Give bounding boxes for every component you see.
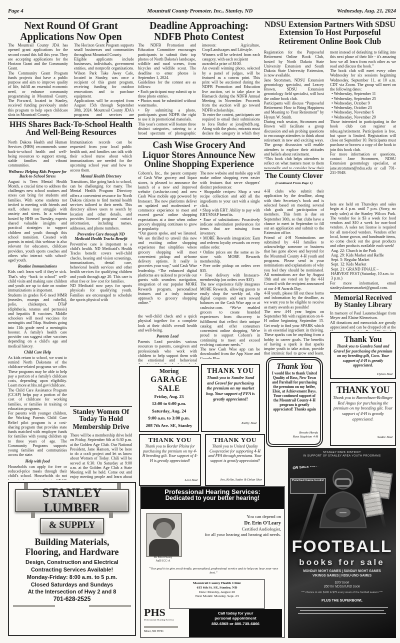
ndsu-col2b: Those interested in participating in the…: [330, 119, 396, 175]
masthead: Mountrail County Promoter, Inc., Stanley…: [100, 8, 300, 16]
ad-thankyou-united-script: Thank You I would like to thank United Q…: [266, 357, 323, 447]
article-ndfb-headline: Deadline Approaching: NDFB Photo Contest: [138, 22, 260, 43]
thankyou-signature: Lexi Skar: [142, 478, 198, 482]
article-ndsu-col1: Registration for the Purposeful Retireme…: [264, 50, 324, 169]
article-memorial-headline: Memorial Received By Stanley Library: [330, 295, 396, 310]
hhs-subhead: Wellness: Helping Kids Prepare for Back-…: [8, 169, 67, 178]
clover-p: For more information, email stanleysfarm…: [330, 281, 396, 290]
thankyou-body: Thank you to Border Plains for purchasin…: [142, 444, 198, 463]
thankyou-title: THANK YOU: [142, 437, 198, 444]
article-cashwise-col1: Coborn's, Inc., the parent company of Ca…: [138, 171, 197, 312]
article-ndfb-body: The NDFB Promotion and Education Committ…: [138, 43, 260, 136]
article-hhs-col2: Immunization records can be requested fr…: [70, 140, 132, 404]
sign-post: [109, 512, 113, 518]
football-fine-print: [298, 613, 387, 614]
ad-football-books: STANLEY PARK DISTRICT IN SUPPORT OF STAN…: [288, 448, 396, 638]
hhs-p: Parents Lead provides various resources …: [138, 340, 197, 364]
hhs-subhead: Help with food: [8, 459, 67, 464]
lumber-line: Closed Saturdays and Sundays: [9, 581, 135, 588]
article-hhs-headline: HHS Shares Back-To-School Health And Wel…: [8, 121, 134, 138]
hearing-cta-box: Call today for your personal appointment…: [189, 609, 282, 637]
lumber-line: At the Intersection of Hwy 2 and 8: [9, 589, 135, 596]
hearing-clinic-box: Mountrail County Health Clinic 615 6th S…: [169, 579, 265, 609]
hhs-p: the well-child check and a quick physica…: [138, 314, 197, 333]
thankyou-body: Thank you to Barenthsen-Bollinger Red An…: [333, 395, 393, 422]
article-memorial-body: In memory of Paul Lautenschlager from Me…: [330, 311, 396, 331]
article-clover-col2: kets are held on Thursdays and sales beg…: [330, 202, 396, 290]
garage-fine-print: [146, 431, 192, 433]
football-promo: *** chance to win $100 & $75 every week …: [288, 591, 396, 594]
newspaper-page: Page 4 Mountrail County Promoter, Inc., …: [0, 0, 400, 643]
thankyou-title: Thank You: [271, 362, 318, 371]
phs-logo: PHS Professional Hearing Services Minot,…: [144, 607, 186, 635]
hhs-subhead: Mental Health Directory: [70, 174, 132, 179]
header-rule: [8, 18, 396, 19]
article-ndsu-col2: ment instead of defaulting to falling in…: [330, 50, 396, 200]
football-fine-print: [300, 610, 384, 611]
hhs-p: Immunization records can be requested fr…: [70, 140, 132, 172]
clover-p: 4-H clubs who submit their application b…: [264, 189, 324, 355]
audiologist-photo: [146, 513, 182, 557]
article-hhs-col1: North Dakota Health and Human Services (…: [8, 140, 67, 480]
clinic-next-date: Next Month: Monday, Sept. 23: [171, 594, 263, 598]
garage-line: Friday, Aug. 23: [142, 393, 196, 400]
hhs-subhead: Child Care Help: [8, 350, 67, 355]
hhs-rule: [8, 118, 134, 119]
lumber-line: Design, Construction and Electrical: [9, 559, 135, 566]
article-grant-body: The Mountrail County JDA has opened gran…: [8, 43, 134, 119]
sign-post: [31, 512, 35, 518]
lumber-line: Building Materials,: [9, 537, 135, 547]
clover-schedule-list: Aug. 22: Church in the Park Aug. 29: Kid…: [330, 248, 396, 280]
article-women-body: There will be a membership drive held on…: [70, 433, 132, 480]
lumber-license: [89, 605, 131, 607]
ad-garage-sale: Moring GARAGE SALE Friday, Aug. 23 12:00…: [139, 366, 199, 432]
hhs-p: Preventive care is important to a child'…: [70, 242, 132, 302]
article-grant-headline: Next Round Of Grant Applications Now Ope…: [8, 22, 134, 43]
thankyou-title: Thank You: [333, 335, 393, 344]
lumber-sign-supply: & SUPPLY: [40, 518, 104, 534]
garage-address: 208 7th Ave. SE, Stanley: [142, 422, 196, 429]
thankyou-body: Thank you to Sundre Sand and Gravel for …: [204, 375, 257, 402]
football-title: FOOTBALL: [288, 537, 396, 557]
ndsu-dates-list: • Wednesday, September 11 • Wednesday, S…: [330, 92, 396, 120]
lumber-line: Monday-Friday: 8:00 a.m. to 5 p.m.: [9, 574, 135, 581]
hearing-phone: 852-6565 or 800-735-6866: [189, 621, 282, 626]
phs-logo-address: Minot, ND 58701: [144, 630, 186, 633]
hhs-p: Transitions, like going back to school, …: [70, 179, 132, 230]
football-top-line: IN SUPPORT OF STANLEY AREA YOUTH PROGRAM…: [288, 455, 396, 459]
thankyou-title: THANK YOU: [208, 437, 262, 444]
thankyou-body: Thank you to United Quality Cooperative …: [208, 444, 262, 463]
memorial-rule: [330, 292, 396, 293]
article-clover-col1: 4-H clubs who submit their application b…: [264, 189, 324, 355]
garage-line: Saturday, Aug. 24: [142, 407, 196, 414]
hhs-p: As kids return to school, we want to rem…: [8, 355, 67, 457]
thankyou-signature: Jon, Kelby, Sadee & Dylan Skar: [208, 478, 262, 482]
page-date: Wednesday, Aug. 21, 2024: [296, 8, 396, 16]
football-subtitle: books for sale: [288, 557, 396, 567]
football-player-graphic: [314, 464, 372, 538]
ad-thankyou-sundre: THANK YOU Thank you to Sundre Sand and G…: [201, 364, 260, 432]
ad-thankyou-border-plains: THANK YOU Thank you to Border Plains for…: [139, 434, 201, 486]
football-superbowl: PLUS THE SUPERBOWL: [288, 599, 396, 603]
hhs-p: August is Teen Mental Health Month, a cr…: [8, 179, 67, 262]
photo-face: [156, 522, 172, 538]
thankyou-body: I would like to thank United Quality of …: [271, 371, 318, 412]
garage-title: GARAGE SALE: [142, 375, 196, 393]
article-cashwise-col2: The new website and mobile app will make…: [200, 171, 260, 359]
ad-thankyou-barenthsen: THANK YOU Thank you to Barenthsen-Bollin…: [330, 382, 396, 446]
clover-p: kets are held on Thursdays and sales beg…: [330, 202, 396, 248]
hearing-header-1: Professional Hearing Services:: [141, 489, 284, 496]
garage-line: 9:00 a.m. to 3:00 p.m.: [142, 415, 196, 422]
article-ndsu-headline: NDSU Extension Partners With SDSU Extens…: [264, 21, 396, 46]
thankyou-signature: Dylan Skar: [333, 372, 393, 376]
lumber-license: [13, 605, 55, 607]
lumber-line: Contracting Services Available!: [9, 566, 135, 573]
hhs-p: Households can apply for free or reduced…: [8, 464, 67, 480]
hhs-subhead: Preventive Care through ND Medicaid Heal…: [70, 232, 132, 241]
photo-shoulders: [149, 539, 179, 557]
article-hhs-col3-jump: the well-child check and a quick physica…: [138, 314, 197, 364]
hhs-subhead: Parents Lead: [138, 334, 197, 339]
article-cashwise-headline: Cash Wise Grocery And Liquor Stores Anno…: [138, 141, 260, 170]
hhs-subhead: Routine Immunizations: [8, 264, 67, 269]
thankyou-signature: Ross Stapleton 4-H: [271, 435, 318, 439]
ndsu-col2a: ment instead of defaulting to falling in…: [330, 50, 396, 92]
hhs-p: North Dakota Health and Human Services (…: [8, 140, 67, 168]
women-rule: [70, 406, 132, 407]
ad-thankyou-gundra: Thank You Thank you to Gundra Sand and G…: [330, 332, 396, 379]
phs-logo-sub: Professional Hearing Services: [144, 619, 186, 622]
hhs-p: Kids can't learn well if they're sick. T…: [8, 270, 67, 349]
photo-caption: Dr. Erin O'Leary AuD/CCC-A: [143, 556, 183, 566]
ad-thankyou-united-coop: THANK YOU Thank you to United Quality Co…: [205, 434, 265, 486]
ad-hearing-services: Professional Hearing Services: Dedicated…: [140, 486, 285, 638]
hearing-quote: “Our goal is to give you friendly, perso…: [145, 567, 282, 577]
thankyou-body: Thank you to Gundra Sand and Gravel for …: [333, 344, 393, 368]
lumber-line: Flooring, and Hardware: [9, 547, 135, 557]
garage-line: 12:00 to 6:00 p.m.: [142, 400, 196, 407]
ad-stanley-lumber: STANLEY LUMBER & SUPPLY Building Materia…: [8, 482, 136, 636]
cashwise-rule: [138, 138, 260, 139]
thankyou-signature: Kelby Skar: [204, 421, 257, 425]
football-games-line: VIKINGS GAMES | NDSU-UND GAMES: [288, 574, 396, 579]
football-fine-print: [296, 607, 389, 608]
lumber-sign-main: STANLEY LUMBER: [15, 489, 129, 512]
football-price: $50 for NDSU/UND book: [288, 585, 396, 589]
hearing-intro: You can depend on Dr. Erin O'Leary Certi…: [185, 514, 281, 554]
hearing-header-2: Dedicated to your better hearing!: [141, 496, 284, 502]
article-women-headline: Stanley Women Of Today To Hold Membershi…: [70, 409, 132, 431]
thankyou-signature: Sadee Skar: [333, 435, 393, 439]
article-clover-headline: The County Clover: [264, 173, 324, 180]
thankyou-title: THANK YOU: [204, 367, 257, 375]
clover-continued: (Continued From Page 1): [264, 181, 324, 187]
clover-rule: [264, 170, 324, 171]
page-number: Page 4: [8, 8, 88, 16]
thankyou-title: THANK YOU: [333, 385, 393, 395]
